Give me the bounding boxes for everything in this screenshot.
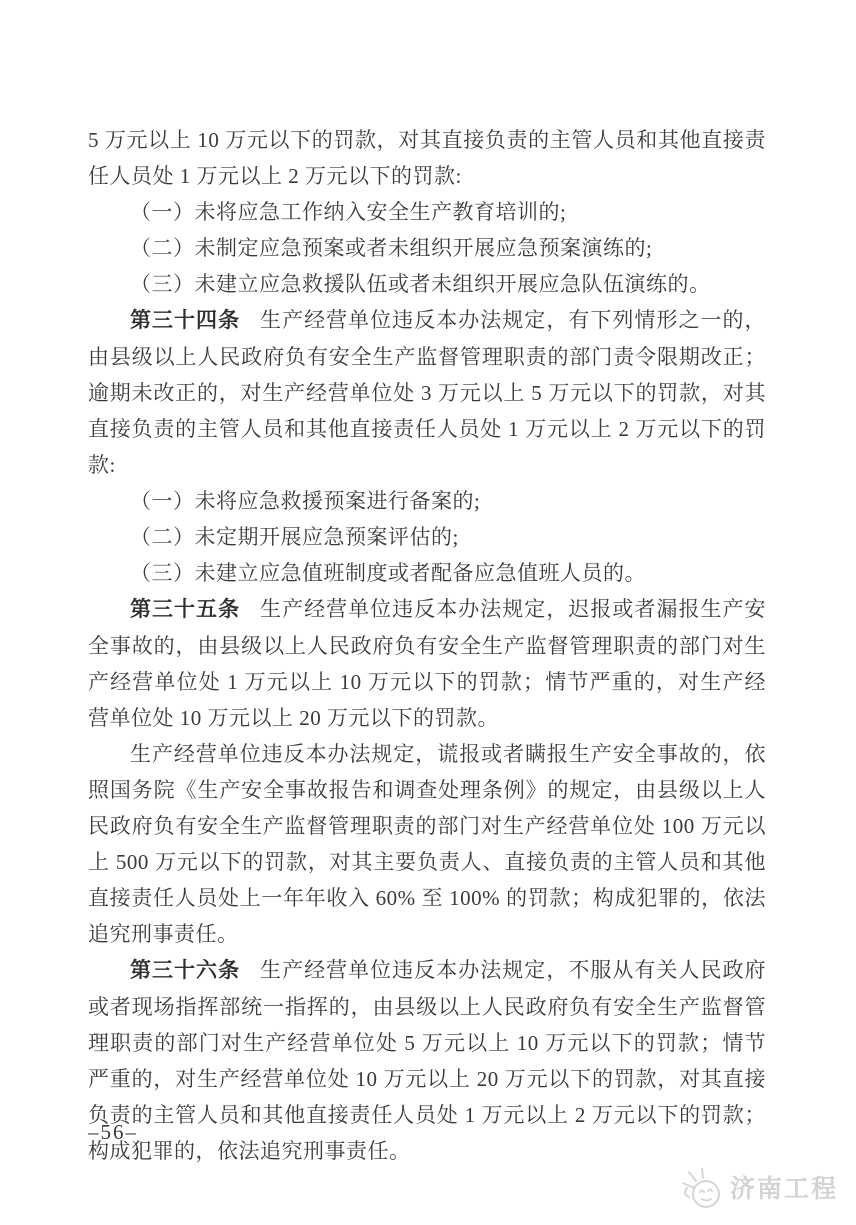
article-paragraph: 第三十六条生产经营单位违反本办法规定，不服从有关人民政府或者现场指挥部统一指挥的… — [88, 952, 766, 1169]
paragraph: 5 万元以上 10 万元以下的罚款，对其直接负责的主管人员和其他直接责任人员处 … — [88, 122, 766, 194]
list-item: （一）未将应急工作纳入安全生产教育培训的; — [88, 194, 766, 230]
article-paragraph: 第三十五条生产经营单位违反本办法规定，迟报或者漏报生产安全事故的，由县级以上人民… — [88, 591, 766, 736]
list-item: （一）未将应急救援预案进行备案的; — [88, 483, 766, 519]
document-page: 5 万元以上 10 万元以下的罚款，对其直接负责的主管人员和其他直接责任人员处 … — [0, 0, 856, 1225]
article-number: 第三十六条 — [130, 959, 240, 982]
list-item: （二）未定期开展应急预案评估的; — [88, 519, 766, 555]
article-number: 第三十四条 — [130, 309, 240, 332]
document-body: 5 万元以上 10 万元以下的罚款，对其直接负责的主管人员和其他直接责任人员处 … — [88, 122, 766, 1169]
megaphone-icon — [678, 1166, 726, 1212]
list-item: （三）未建立应急救援队伍或者未组织开展应急队伍演练的。 — [88, 266, 766, 302]
list-item: （二）未制定应急预案或者未组织开展应急预案演练的; — [88, 230, 766, 266]
article-number: 第三十五条 — [130, 598, 240, 621]
article-text: 生产经营单位违反本办法规定，有下列情形之一的，由县级以上人民政府负有安全生产监督… — [88, 308, 766, 477]
watermark-text: 济南工程 — [730, 1174, 838, 1204]
article-paragraph: 第三十四条生产经营单位违反本办法规定，有下列情形之一的，由县级以上人民政府负有安… — [88, 302, 766, 483]
list-item: （三）未建立应急值班制度或者配备应急值班人员的。 — [88, 555, 766, 591]
page-number: –56– — [88, 1118, 138, 1146]
article-text: 生产经营单位违反本办法规定，不服从有关人民政府或者现场指挥部统一指挥的，由县级以… — [88, 958, 766, 1163]
paragraph: 生产经营单位违反本办法规定，谎报或者瞒报生产安全事故的，依照国务院《生产安全事故… — [88, 736, 766, 952]
watermark: 济南工程 — [678, 1166, 838, 1212]
